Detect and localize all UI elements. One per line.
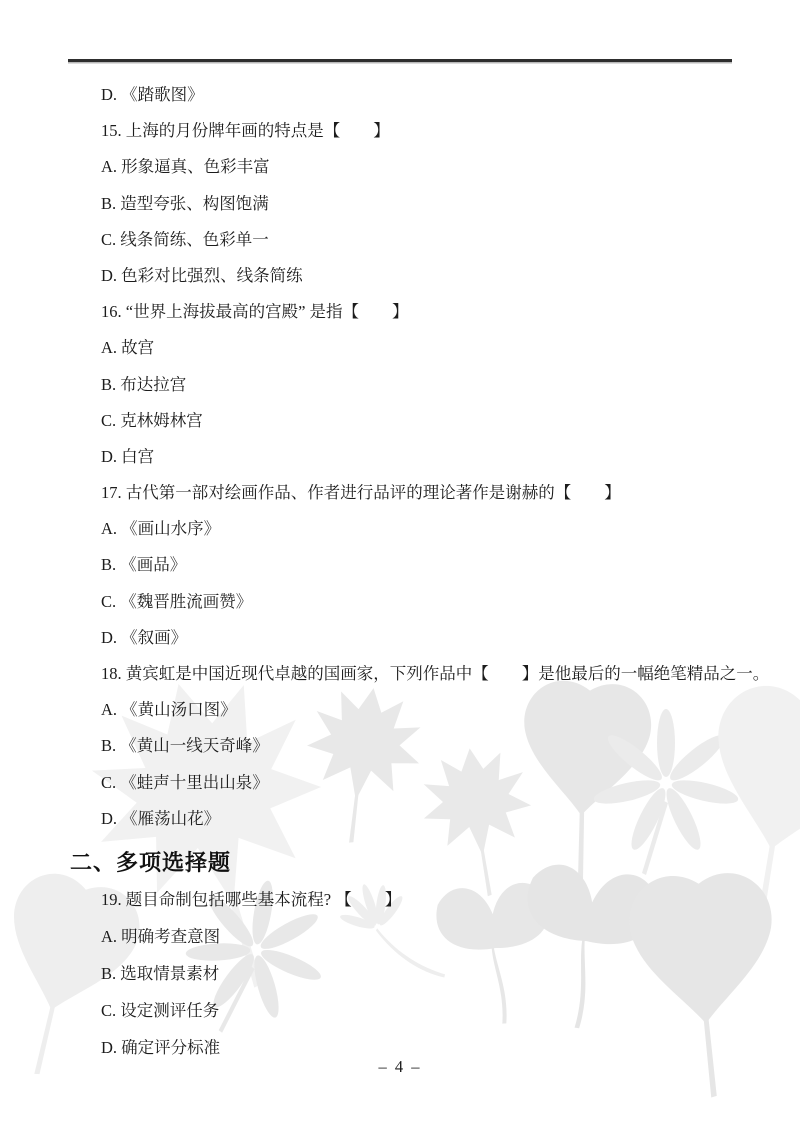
question-stem: 18. 黄宾虹是中国近现代卓越的国画家，下列作品中【 】是他最后的一幅绝笔精品之… xyxy=(0,656,800,692)
option-line: D. 《叙画》 xyxy=(0,620,800,656)
page-number: – 4 – xyxy=(0,1057,800,1077)
option-line: C. 设定测评任务 xyxy=(0,992,800,1029)
question-stem: 19. 题目命制包括哪些基本流程? 【 】 xyxy=(0,881,800,918)
option-line: C. 《蛙声十里出山泉》 xyxy=(0,765,800,801)
question-stem: 16. “世界上海拔最高的宫殿” 是指【 】 xyxy=(0,294,800,330)
option-line: A. 故宫 xyxy=(0,330,800,366)
option-line: A. 《画山水序》 xyxy=(0,511,800,547)
option-line: D. 白宫 xyxy=(0,439,800,475)
question-stem: 17. 古代第一部对绘画作品、作者进行品评的理论著作是谢赫的【 】 xyxy=(0,475,800,511)
header-rule xyxy=(68,59,732,62)
option-line: D. 《雁荡山花》 xyxy=(0,801,800,837)
option-line: D. 色彩对比强烈、线条简练 xyxy=(0,258,800,294)
section-title-multiple-choice: 二、多项选择题 xyxy=(0,845,800,881)
option-line: A. 《黄山汤口图》 xyxy=(0,692,800,728)
option-line: C. 克林姆林宫 xyxy=(0,403,800,439)
option-line: B. 造型夸张、构图饱满 xyxy=(0,186,800,222)
option-line: B. 《黄山一线天奇峰》 xyxy=(0,728,800,764)
section-multiple-choice: 19. 题目命制包括哪些基本流程? 【 】 A. 明确考查意图 B. 选取情景素… xyxy=(0,881,800,1066)
option-line: B. 《画品》 xyxy=(0,547,800,583)
option-line: C. 《魏晋胜流画赞》 xyxy=(0,584,800,620)
option-line: B. 选取情景素材 xyxy=(0,955,800,992)
option-line: C. 线条简练、色彩单一 xyxy=(0,222,800,258)
option-line: B. 布达拉宫 xyxy=(0,367,800,403)
section-single-choice-continued: D. 《踏歌图》 15. 上海的月份牌年画的特点是【 】 A. 形象逼真、色彩丰… xyxy=(0,77,800,837)
exam-page: { "document": { "sections": [ { "name": … xyxy=(0,0,800,1124)
option-line: D. 《踏歌图》 xyxy=(0,77,800,113)
option-line: A. 明确考查意图 xyxy=(0,918,800,955)
exam-content: D. 《踏歌图》 15. 上海的月份牌年画的特点是【 】 A. 形象逼真、色彩丰… xyxy=(0,77,800,1066)
question-stem: 15. 上海的月份牌年画的特点是【 】 xyxy=(0,113,800,149)
option-line: A. 形象逼真、色彩丰富 xyxy=(0,149,800,185)
